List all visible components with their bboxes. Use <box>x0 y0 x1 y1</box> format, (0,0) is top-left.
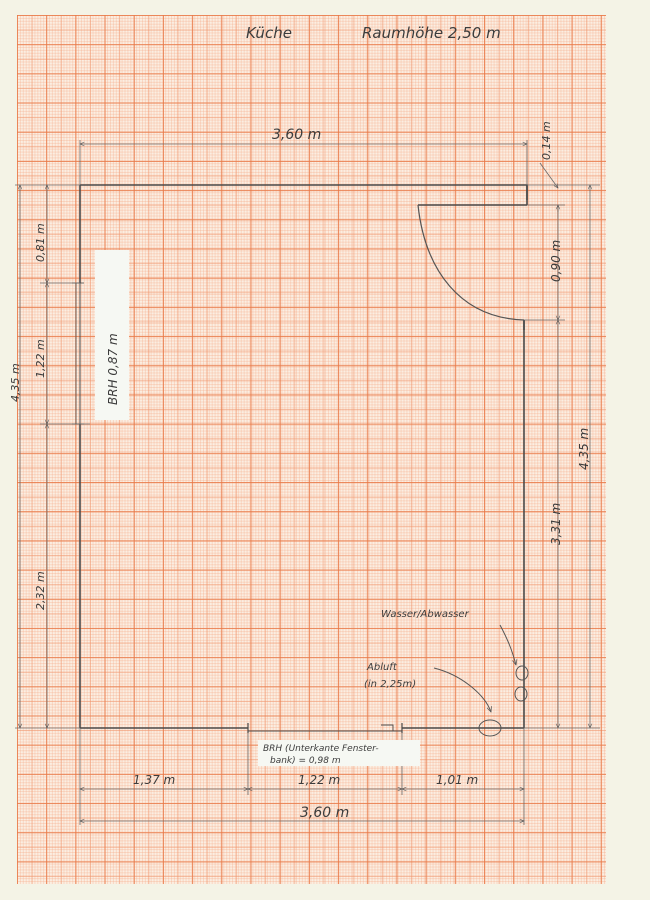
dim-top-right-offset: 0,14 m <box>540 121 553 160</box>
dim-left-window: 1,22 m <box>34 339 47 378</box>
dim-left-upper: 0,81 m <box>34 223 47 262</box>
floor-plan-drawing: Küche Raumhöhe 2,50 m <box>0 0 650 900</box>
left-window-sill-label: BRH 0,87 m <box>106 333 120 405</box>
door-swing-arc <box>418 205 524 320</box>
exhaust-label-1: Abluft <box>366 662 398 673</box>
room-title: Küche <box>246 24 292 42</box>
bottom-window-sill-line1: BRH (Unterkante Fenster- <box>263 744 379 754</box>
dim-right-lower: 3,31 m <box>549 503 563 545</box>
dim-left-lower: 2,32 m <box>34 571 47 610</box>
water-label: Wasser/Abwasser <box>381 609 470 620</box>
dim-top-width: 3,60 m <box>272 127 321 143</box>
drain-pipe-icon <box>515 687 527 701</box>
water-arrow <box>500 625 516 665</box>
dim-bottom-left: 1,37 m <box>133 773 175 787</box>
exhaust-arrow <box>434 668 491 712</box>
dim-right-total: 4,35 m <box>577 428 591 470</box>
bottom-window-sill-line2: bank) = 0,98 m <box>270 756 341 766</box>
room-height-label: Raumhöhe 2,50 m <box>362 24 501 42</box>
dim-bottom-right: 1,01 m <box>436 773 478 787</box>
dim-bottom-total: 3,60 m <box>300 805 349 821</box>
room-walls <box>72 185 527 733</box>
dim-right-door: 0,90 m <box>549 240 563 282</box>
water-pipe-icon <box>516 666 528 680</box>
dim-left-total: 4,35 m <box>9 363 22 402</box>
dim-bottom-window: 1,22 m <box>298 773 340 787</box>
top-wall <box>80 185 527 200</box>
exhaust-label-2: (in 2,25m) <box>364 679 416 690</box>
